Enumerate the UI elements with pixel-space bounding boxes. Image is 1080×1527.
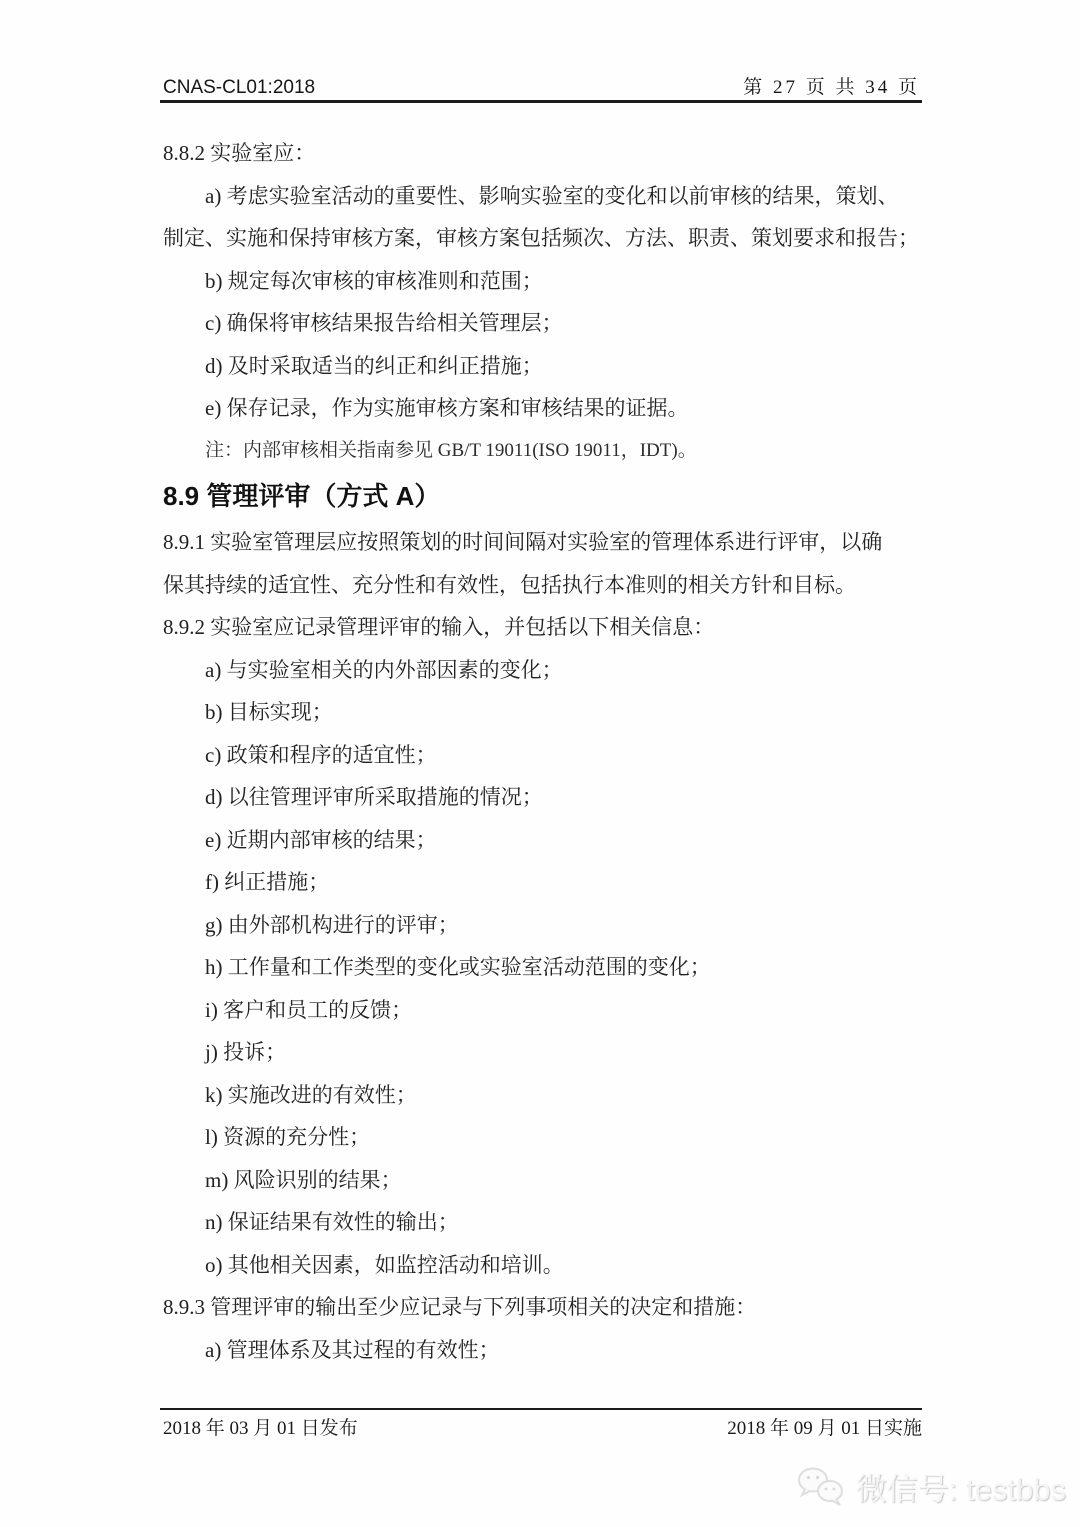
footer-rule <box>160 1408 922 1410</box>
clause-8-9-2: 8.9.2 实验室应记录管理评审的输入，并包括以下相关信息： <box>163 606 921 649</box>
list-item-d2: d) 以往管理评审所采取措施的情况； <box>163 776 921 819</box>
list-item-i: i) 客户和员工的反馈； <box>163 989 921 1032</box>
list-item-k: k) 实施改进的有效性； <box>163 1074 921 1117</box>
page-number-info: 第 27 页 共 34 页 <box>743 72 920 99</box>
implement-date: 2018 年 09 月 01 日实施 <box>727 1413 922 1445</box>
list-item-n: n) 保证结果有效性的输出； <box>163 1201 921 1244</box>
issue-date: 2018 年 03 月 01 日发布 <box>163 1413 358 1445</box>
list-item-d: d) 及时采取适当的纠正和纠正措施； <box>163 345 921 388</box>
doc-code: CNAS-CL01:2018 <box>163 77 315 99</box>
list-item-b2: b) 目标实现； <box>163 691 921 734</box>
list-item-f: f) 纠正措施； <box>163 861 921 904</box>
note-line: 注：内部审核相关指南参见 GB/T 19011(ISO 19011，IDT)。 <box>163 430 921 473</box>
list-item-o: o) 其他相关因素，如监控活动和培训。 <box>163 1244 921 1287</box>
list-item-c: c) 确保将审核结果报告给相关管理层； <box>163 302 921 345</box>
watermark-text: 微信号: testbbs <box>856 1464 1066 1509</box>
clause-8-9-1-cont: 保其持续的适宜性、充分性和有效性，包括执行本准则的相关方针和目标。 <box>163 564 921 607</box>
header-rule <box>160 100 922 103</box>
list-item-a2: a) 与实验室相关的内外部因素的变化； <box>163 649 921 692</box>
list-item-a: a) 考虑实验室活动的重要性、影响实验室的变化和以前审核的结果，策划、 <box>163 175 921 218</box>
list-item-l: l) 资源的充分性； <box>163 1116 921 1159</box>
document-page: CNAS-CL01:2018 第 27 页 共 34 页 8.8.2 实验室应：… <box>0 0 1080 1527</box>
list-item-e2: e) 近期内部审核的结果； <box>163 819 921 862</box>
wechat-watermark: 微信号: testbbs <box>796 1464 1066 1509</box>
document-body: 8.8.2 实验室应： a) 考虑实验室活动的重要性、影响实验室的变化和以前审核… <box>163 132 921 1371</box>
clause-8-8-2: 8.8.2 实验室应： <box>163 132 921 175</box>
list-item-e: e) 保存记录，作为实施审核方案和审核结果的证据。 <box>163 387 921 430</box>
list-item-a3: a) 管理体系及其过程的有效性； <box>163 1329 921 1372</box>
clause-8-9-1: 8.9.1 实验室管理层应按照策划的时间间隔对实验室的管理体系进行评审，以确 <box>163 521 921 564</box>
list-item-h: h) 工作量和工作类型的变化或实验室活动范围的变化； <box>163 946 921 989</box>
clause-8-9-3: 8.9.3 管理评审的输出至少应记录与下列事项相关的决定和措施： <box>163 1286 921 1329</box>
page-header: CNAS-CL01:2018 第 27 页 共 34 页 <box>163 72 920 99</box>
list-item-g: g) 由外部机构进行的评审； <box>163 904 921 947</box>
list-item-m: m) 风险识别的结果； <box>163 1159 921 1202</box>
section-heading-8-9: 8.9 管理评审（方式 A） <box>163 472 921 521</box>
wechat-icon <box>796 1465 848 1509</box>
list-item-b: b) 规定每次审核的审核准则和范围； <box>163 260 921 303</box>
list-item-j: j) 投诉； <box>163 1031 921 1074</box>
list-item-a-cont: 制定、实施和保持审核方案，审核方案包括频次、方法、职责、策划要求和报告； <box>163 217 921 260</box>
page-footer: 2018 年 03 月 01 日发布 2018 年 09 月 01 日实施 <box>163 1413 922 1445</box>
list-item-c2: c) 政策和程序的适宜性； <box>163 734 921 777</box>
